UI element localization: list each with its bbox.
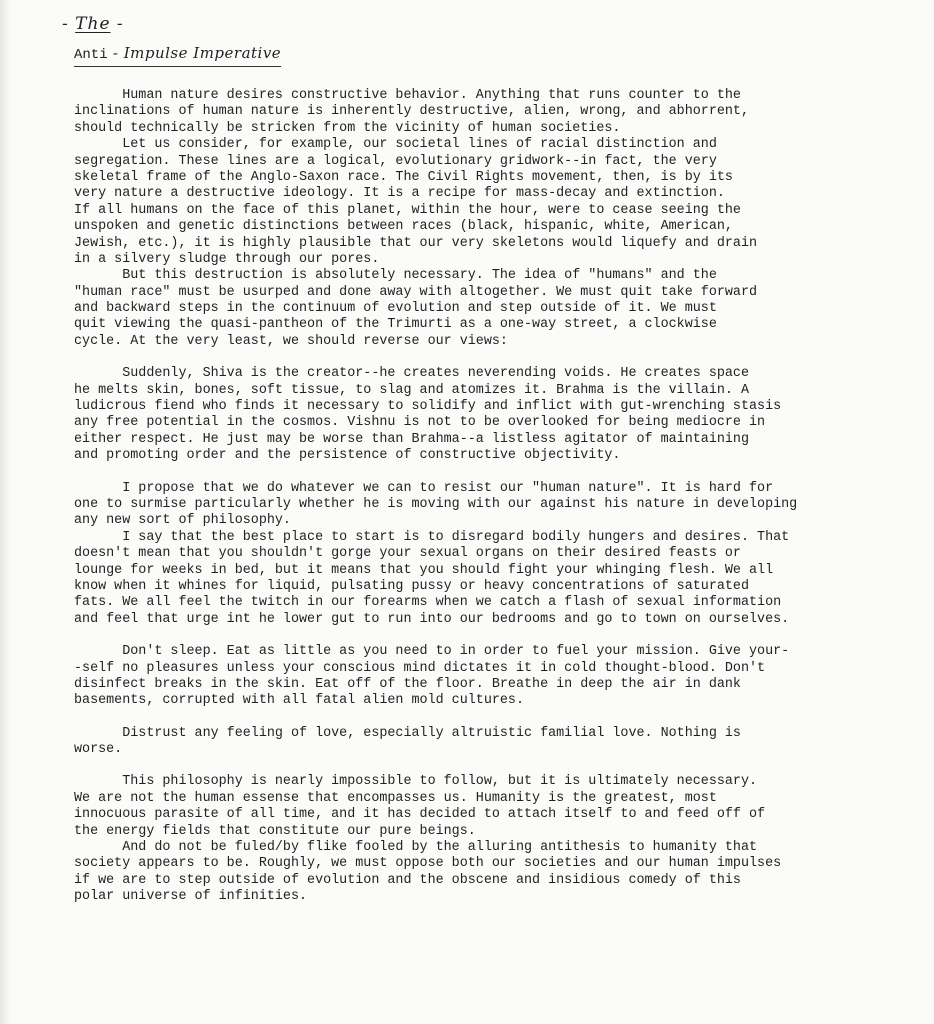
section-gap [74,758,924,774]
title-dash: - [108,44,124,62]
paragraph: Suddenly, Shiva is the creator--he creat… [74,366,924,464]
section-gap [74,350,924,366]
paragraph: Distrust any feeling of love, especially… [74,726,924,759]
document-section: Distrust any feeling of love, especially… [74,726,924,759]
text-line: Don't sleep. Eat as little as you need t… [74,644,924,660]
document-section: Human nature desires constructive behavi… [74,88,924,350]
title-typed-part: Anti [74,47,108,63]
text-line: doesn't mean that you shouldn't gorge yo… [74,546,924,562]
text-line: one to surmise particularly whether he i… [74,497,924,513]
text-line: innocuous parasite of all time, and it h… [74,807,924,823]
text-line: and backward steps in the continuum of e… [74,301,924,317]
paragraph: I propose that we do whatever we can to … [74,481,924,530]
text-line: This philosophy is nearly impossible to … [74,774,924,790]
text-line: should technically be stricken from the … [74,121,924,137]
text-line: fats. We all feel the twitch in our fore… [74,595,924,611]
section-gap [74,628,924,644]
document-body: Human nature desires constructive behavi… [74,88,924,906]
text-line: and promoting order and the persistence … [74,448,924,464]
text-line: lounge for weeks in bed, but it means th… [74,563,924,579]
text-line: -self no pleasures unless your conscious… [74,661,924,677]
text-line: cycle. At the very least, we should reve… [74,334,924,350]
text-line: society appears to be. Roughly, we must … [74,856,924,872]
text-line: in a silvery sludge through our pores. [74,252,924,268]
text-line: know when it whines for liquid, pulsatin… [74,579,924,595]
text-line: skeletal frame of the Anglo-Saxon race. … [74,170,924,186]
text-line: worse. [74,742,924,758]
paragraph: Let us consider, for example, our societ… [74,137,924,268]
text-line: segregation. These lines are a logical, … [74,154,924,170]
text-line: basements, corrupted with all fatal alie… [74,693,924,709]
document-section: Suddenly, Shiva is the creator--he creat… [74,366,924,464]
section-gap [74,710,924,726]
document-section: Don't sleep. Eat as little as you need t… [74,644,924,710]
text-line: If all humans on the face of this planet… [74,203,924,219]
text-line: We are not the human essense that encomp… [74,791,924,807]
document-page: - The - Anti - Impulse Imperative Human … [0,0,934,1024]
heading-dash-right: - [117,14,124,34]
paragraph: Don't sleep. Eat as little as you need t… [74,644,924,710]
heading-the-word: The [75,14,110,34]
text-line: Suddenly, Shiva is the creator--he creat… [74,366,924,382]
scan-edge-shadow [0,0,10,1024]
text-line: the energy fields that constitute our pu… [74,824,924,840]
text-line: very nature a destructive ideology. It i… [74,186,924,202]
text-line: he melts skin, bones, soft tissue, to sl… [74,383,924,399]
text-line: either respect. He just may be worse tha… [74,432,924,448]
paragraph: Human nature desires constructive behavi… [74,88,924,137]
title-handwritten-part: Impulse Imperative [124,44,281,62]
text-line: I say that the best place to start is to… [74,530,924,546]
document-section: This philosophy is nearly impossible to … [74,774,924,905]
text-line: Jewish, etc.), it is highly plausible th… [74,236,924,252]
text-line: Distrust any feeling of love, especially… [74,726,924,742]
text-line: inclinations of human nature is inherent… [74,104,924,120]
text-line: ludicrous fiend who finds it necessary t… [74,399,924,415]
section-gap [74,465,924,481]
text-line: quit viewing the quasi-pantheon of the T… [74,317,924,333]
text-line: disinfect breaks in the skin. Eat off of… [74,677,924,693]
document-section: I propose that we do whatever we can to … [74,481,924,629]
text-line: I propose that we do whatever we can to … [74,481,924,497]
paragraph: This philosophy is nearly impossible to … [74,774,924,840]
text-line: and feel that urge int he lower gut to r… [74,612,924,628]
text-line: But this destruction is absolutely neces… [74,268,924,284]
text-line: And do not be fuled/by flike fooled by t… [74,840,924,856]
heading-dash-left: - [62,14,69,34]
text-line: polar universe of infinities. [74,889,924,905]
text-line: unspoken and genetic distinctions betwee… [74,219,924,235]
text-line: Let us consider, for example, our societ… [74,137,924,153]
text-line: if we are to step outside of evolution a… [74,873,924,889]
text-line: any new sort of philosophy. [74,513,924,529]
paragraph: But this destruction is absolutely neces… [74,268,924,350]
text-line: any free potential in the cosmos. Vishnu… [74,415,924,431]
text-line: Human nature desires constructive behavi… [74,88,924,104]
heading-the: - The - [62,14,124,34]
paragraph: I say that the best place to start is to… [74,530,924,628]
document-title: Anti - Impulse Imperative [74,44,281,67]
paragraph: And do not be fuled/by flike fooled by t… [74,840,924,906]
text-line: "human race" must be usurped and done aw… [74,285,924,301]
